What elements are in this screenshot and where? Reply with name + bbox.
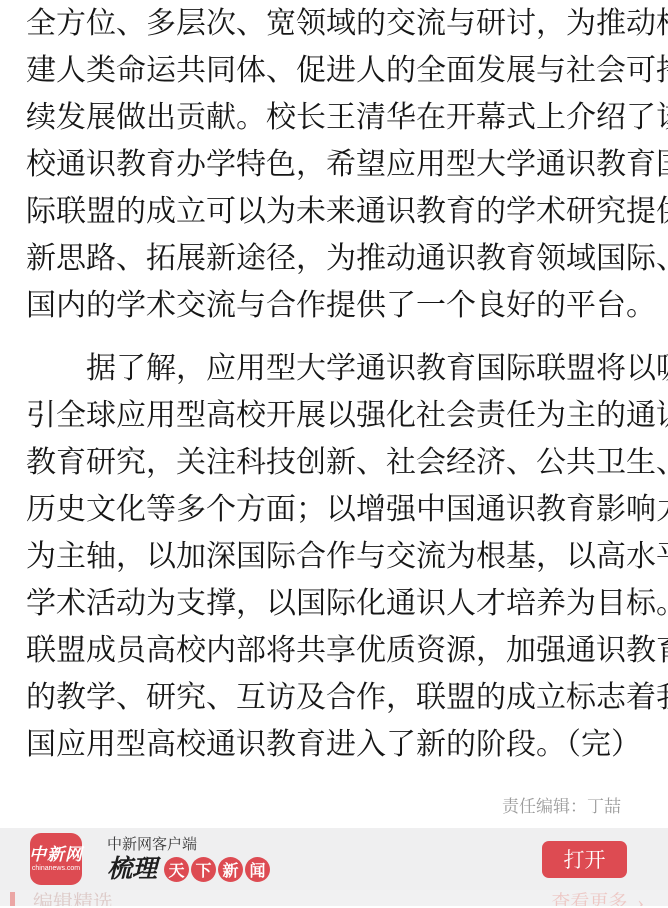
text-line: 建人类命运共同体、促进人的全面发展与社会可持 <box>26 47 648 94</box>
text-line: 续发展做出贡献。校长王清华在开幕式上介绍了该 <box>26 94 648 141</box>
section-accent-bar <box>10 892 15 906</box>
text-line: 际联盟的成立可以为未来通识教育的学术研究提供 <box>26 188 648 235</box>
logo-domain-text: chinanews.com <box>32 864 80 873</box>
paragraph: 全方位、多层次、宽领域的交流与研讨，为推动构 建人类命运共同体、促进人的全面发展… <box>26 0 648 329</box>
text-line: 引全球应用型高校开展以强化社会责任为主的通识 <box>26 392 648 439</box>
view-more-link[interactable]: 查看更多 › <box>551 890 644 906</box>
article-content: 全方位、多层次、宽领域的交流与研讨，为推动构 建人类命运共同体、促进人的全面发展… <box>0 0 668 818</box>
logo-cn-text: 中新网 <box>29 845 83 864</box>
text-line: 校通识教育办学特色，希望应用型大学通识教育国 <box>26 141 648 188</box>
page-footer: 中新网 chinanews.com 中新网客户端 梳理 天 下 新 闻 打开 编… <box>0 828 668 906</box>
open-app-button[interactable]: 打开 <box>542 841 627 878</box>
slogan-circle-char: 闻 <box>245 857 270 882</box>
slogan-circle-char: 下 <box>191 857 216 882</box>
editor-note: 责任编辑：丁喆 <box>26 796 648 818</box>
paragraph: 据了解，应用型大学通识教育国际联盟将以吸 引全球应用型高校开展以强化社会责任为主… <box>26 345 648 768</box>
text-line: 教育研究，关注科技创新、社会经济、公共卫生、 <box>26 439 648 486</box>
app-download-banner: 中新网 chinanews.com 中新网客户端 梳理 天 下 新 闻 打开 <box>0 828 668 890</box>
app-name-label: 中新网客户端 <box>107 836 270 853</box>
text-line: 国应用型高校通识教育进入了新的阶段。（完） <box>26 721 648 768</box>
chevron-right-icon: › <box>637 890 644 906</box>
text-line: 的教学、研究、互访及合作，联盟的成立标志着我 <box>26 674 648 721</box>
banner-text-block: 中新网客户端 梳理 天 下 新 闻 <box>107 836 270 883</box>
slogan-circle-char: 天 <box>164 857 189 882</box>
slogan-circle-char: 新 <box>218 857 243 882</box>
view-more-label: 查看更多 <box>551 890 627 906</box>
text-line: 国内的学术交流与合作提供了一个良好的平台。 <box>26 282 648 329</box>
text-line: 学术活动为支撑，以国际化通识人才培养为目标。 <box>26 580 648 627</box>
text-line: 全方位、多层次、宽领域的交流与研讨，为推动构 <box>26 0 648 47</box>
text-line: 为主轴，以加深国际合作与交流为根基，以高水平 <box>26 533 648 580</box>
chinanews-app-logo[interactable]: 中新网 chinanews.com <box>30 833 82 885</box>
slogan-circle-group: 天 下 新 闻 <box>162 857 270 882</box>
editor-picks-section: 编辑精选 查看更多 › <box>0 890 668 906</box>
text-line: 历史文化等多个方面；以增强中国通识教育影响力 <box>26 486 648 533</box>
text-line: 联盟成员高校内部将共享优质资源，加强通识教育 <box>26 627 648 674</box>
app-slogan: 梳理 天 下 新 闻 <box>107 857 270 883</box>
slogan-prefix-text: 梳理 <box>107 857 157 883</box>
text-line: 新思路、拓展新途径，为推动通识教育领域国际、 <box>26 235 648 282</box>
text-line: 据了解，应用型大学通识教育国际联盟将以吸 <box>26 345 648 392</box>
section-heading: 编辑精选 <box>33 890 113 906</box>
